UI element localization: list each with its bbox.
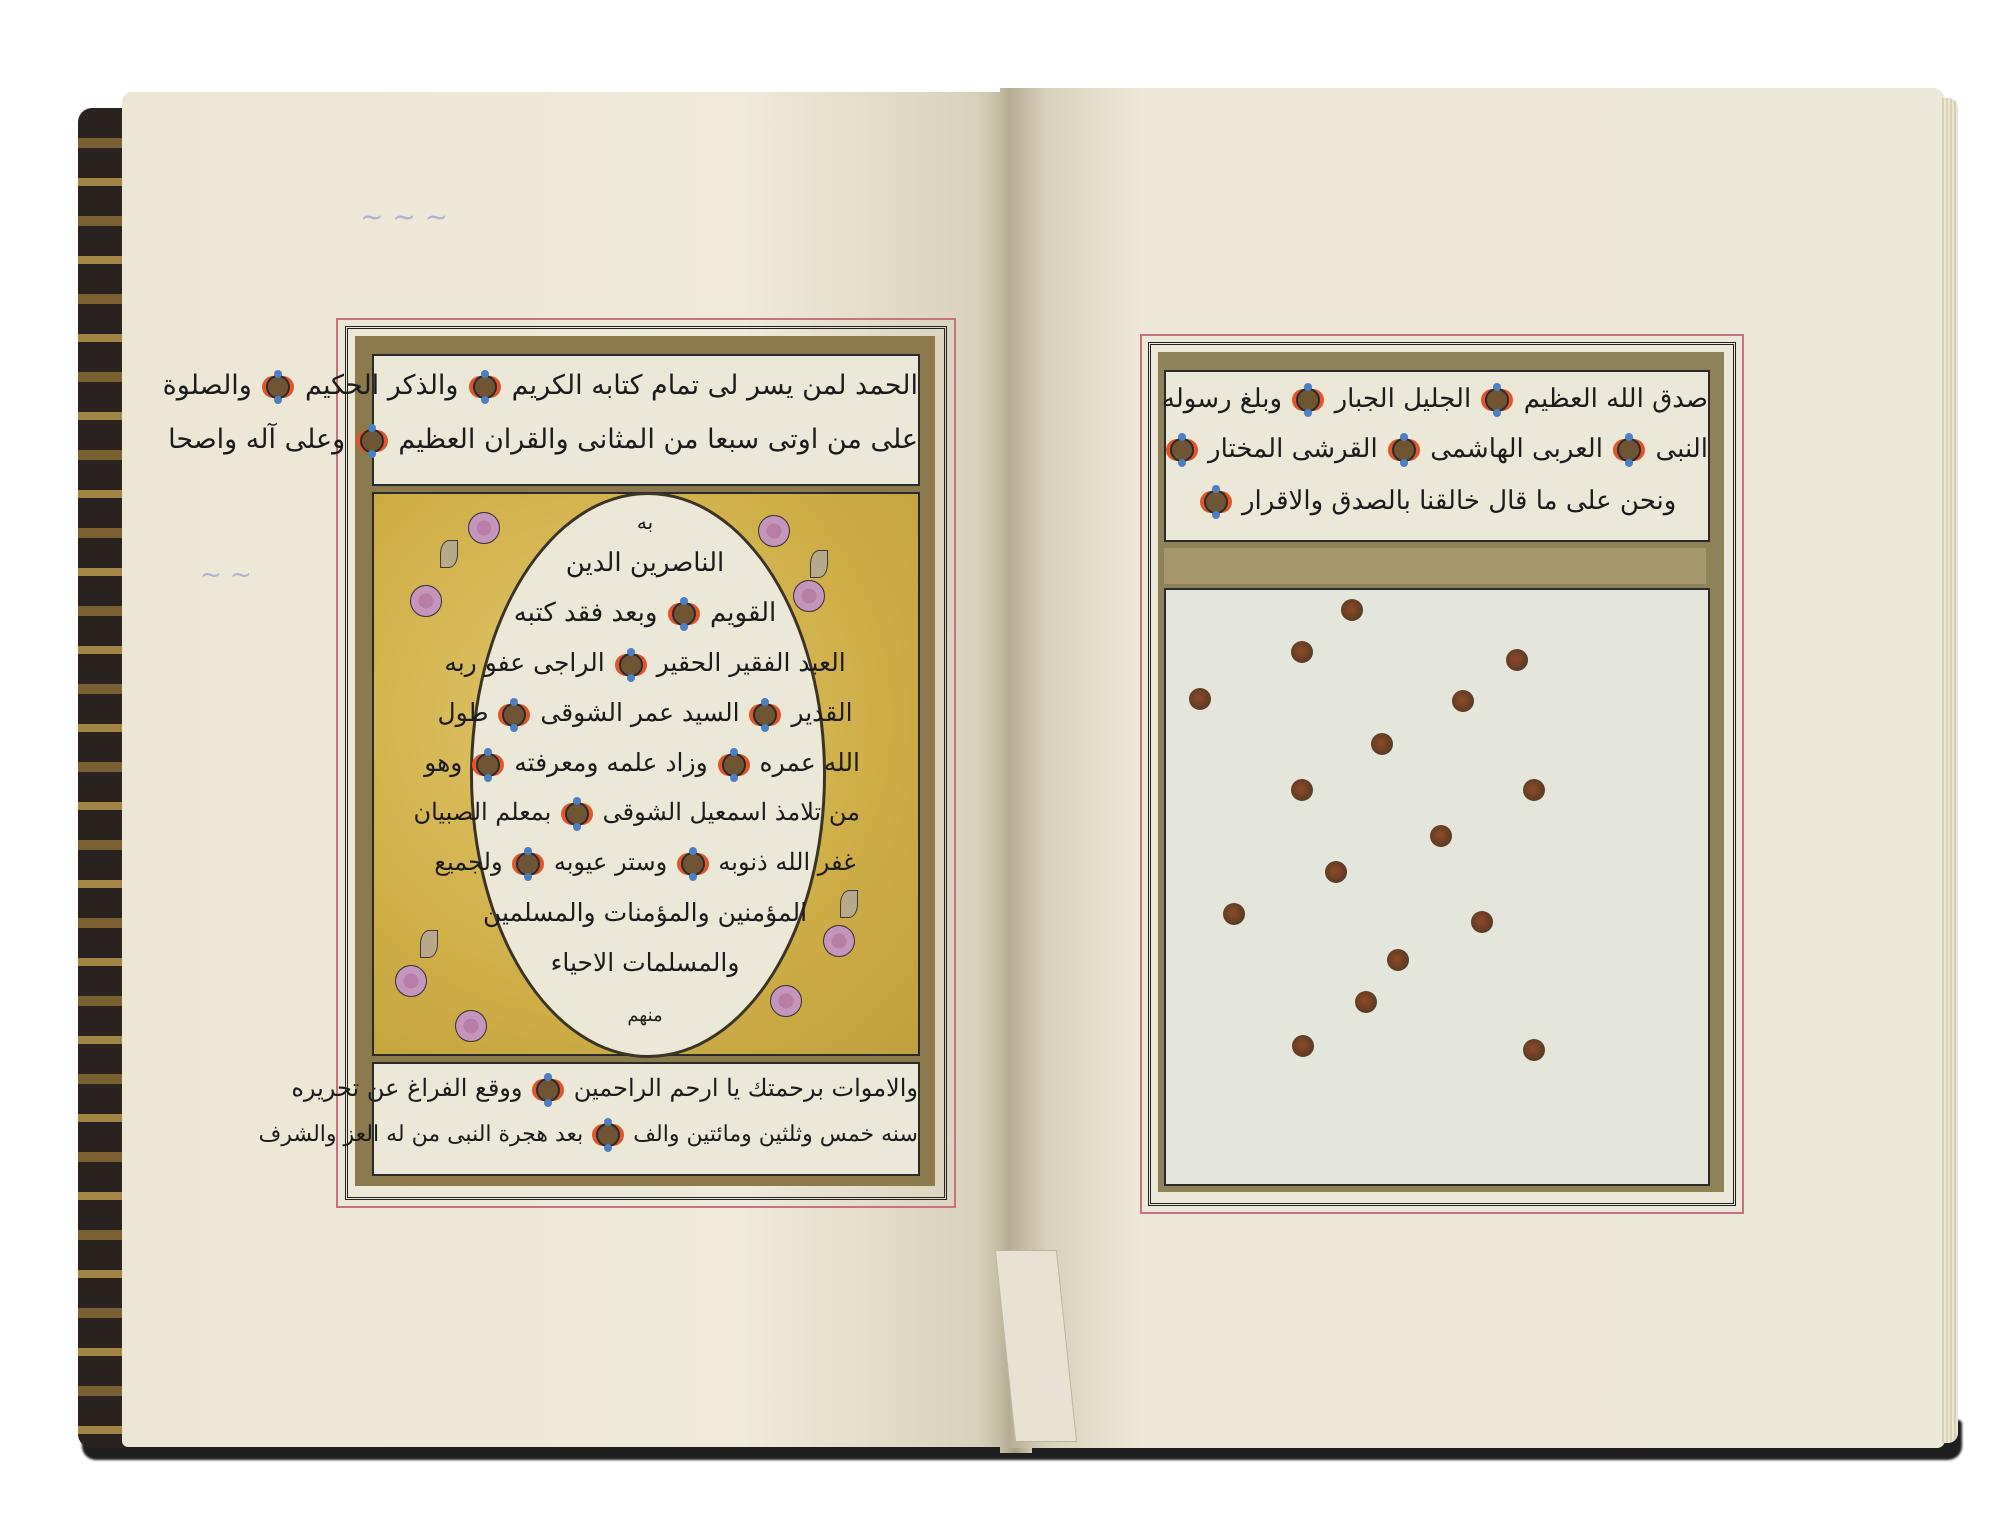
verse-rosette-icon (596, 1123, 620, 1147)
verse-rosette-icon (681, 852, 705, 876)
leaf-icon (420, 930, 438, 958)
verse-rosette-icon (473, 375, 497, 399)
verse-rosette-icon (476, 753, 500, 777)
verse-rosette-icon (1485, 388, 1509, 412)
verse-rosette-icon (722, 753, 746, 777)
verse-rosette-icon (1296, 388, 1320, 412)
page-edges (1942, 98, 1958, 1443)
mandorla-line: والمسلمات الاحياء (470, 948, 820, 977)
gold-dot (1471, 911, 1493, 933)
verse-rosette-icon (360, 429, 384, 453)
mandorla-line: الناصرين الدين (470, 548, 820, 578)
gold-dot (1430, 825, 1452, 847)
flower-icon (395, 965, 427, 997)
faded-ink-note: ~ ~ (200, 560, 252, 590)
mandorla-line: الله عمره وزاد علمه ومعرفته وهو (430, 748, 860, 777)
leather-binding-spine (78, 108, 124, 1448)
mandorla-line: القويم وبعد فقد كتبه (455, 598, 835, 628)
verse-rosette-icon (565, 802, 589, 826)
gold-dot (1189, 688, 1211, 710)
flower-icon (410, 585, 442, 617)
left-top-text-panel: الحمد لمن يسر لى تمام كتابه الكريم والذك… (372, 354, 920, 486)
verse-rosette-icon (502, 703, 526, 727)
gold-dot (1523, 1039, 1545, 1061)
mandorla-line: غفر الله ذنوبه وستر عيوبه ولجميع (430, 848, 860, 876)
right-top-text-panel: صدق الله العظيم الجليل الجبار وبلغ رسوله… (1164, 370, 1710, 542)
mandorla-line: منهم (470, 1005, 820, 1026)
gold-dot (1387, 949, 1409, 971)
gold-dot (1223, 903, 1245, 925)
gold-dot (1452, 690, 1474, 712)
colophon-line-1: والاموات برحمتك يا ارحم الراحمين ووقع ال… (374, 1074, 918, 1102)
verse-rosette-icon (1170, 438, 1194, 462)
gold-dot (1292, 1035, 1314, 1057)
gold-dot (1325, 861, 1347, 883)
left-top-line-1: الحمد لمن يسر لى تمام كتابه الكريم والذك… (374, 370, 918, 401)
left-top-line-2: على من اوتى سبعا من المثانى والقران العظ… (374, 424, 918, 455)
left-bottom-text-panel: والاموات برحمتك يا ارحم الراحمين ووقع ال… (372, 1062, 920, 1176)
verse-rosette-icon (672, 602, 696, 626)
colophon-line-2: سنه خمس وثلثين ومائتين والف بعد هجرة الن… (374, 1122, 918, 1147)
gold-dot (1291, 641, 1313, 663)
gold-dot (1291, 779, 1313, 801)
mandorla-line: العبد الفقير الحقير الراجى عفو ربه (440, 648, 850, 677)
mandorla-line: القدير السيد عمر الشوقى طول (430, 698, 860, 727)
gold-dot (1341, 599, 1363, 621)
mandorla-line: به (470, 510, 820, 534)
flower-icon (823, 925, 855, 957)
verse-rosette-icon (266, 375, 290, 399)
right-top-line-1: صدق الله العظيم الجليل الجبار وبلغ رسوله (1166, 384, 1708, 414)
mandorla-line: من تلامذ اسمعيل الشوقى بمعلم الصبيان (430, 798, 860, 826)
faded-ink-note: ~ ~ ~ (360, 200, 448, 233)
verse-rosette-icon (516, 852, 540, 876)
gold-dot (1523, 779, 1545, 801)
right-top-line-2: النبى العربى الهاشمى القرشى المختار (1166, 434, 1708, 464)
verse-rosette-icon (753, 703, 777, 727)
verse-rosette-icon (1617, 438, 1641, 462)
verse-rosette-icon (1204, 490, 1228, 514)
leaf-icon (440, 540, 458, 568)
mandorla-line: المؤمنين والمؤمنات والمسلمين (445, 898, 845, 927)
verse-rosette-icon (1392, 438, 1416, 462)
gold-dot (1506, 649, 1528, 671)
gold-dot (1355, 991, 1377, 1013)
verse-rosette-icon (619, 653, 643, 677)
dotted-field-panel (1164, 588, 1710, 1186)
right-top-line-3: ونحن على ما قال خالقنا بالصدق والاقرار (1166, 486, 1708, 516)
verse-rosette-icon (536, 1078, 560, 1102)
gold-band (1164, 548, 1706, 584)
gold-dot (1371, 733, 1393, 755)
